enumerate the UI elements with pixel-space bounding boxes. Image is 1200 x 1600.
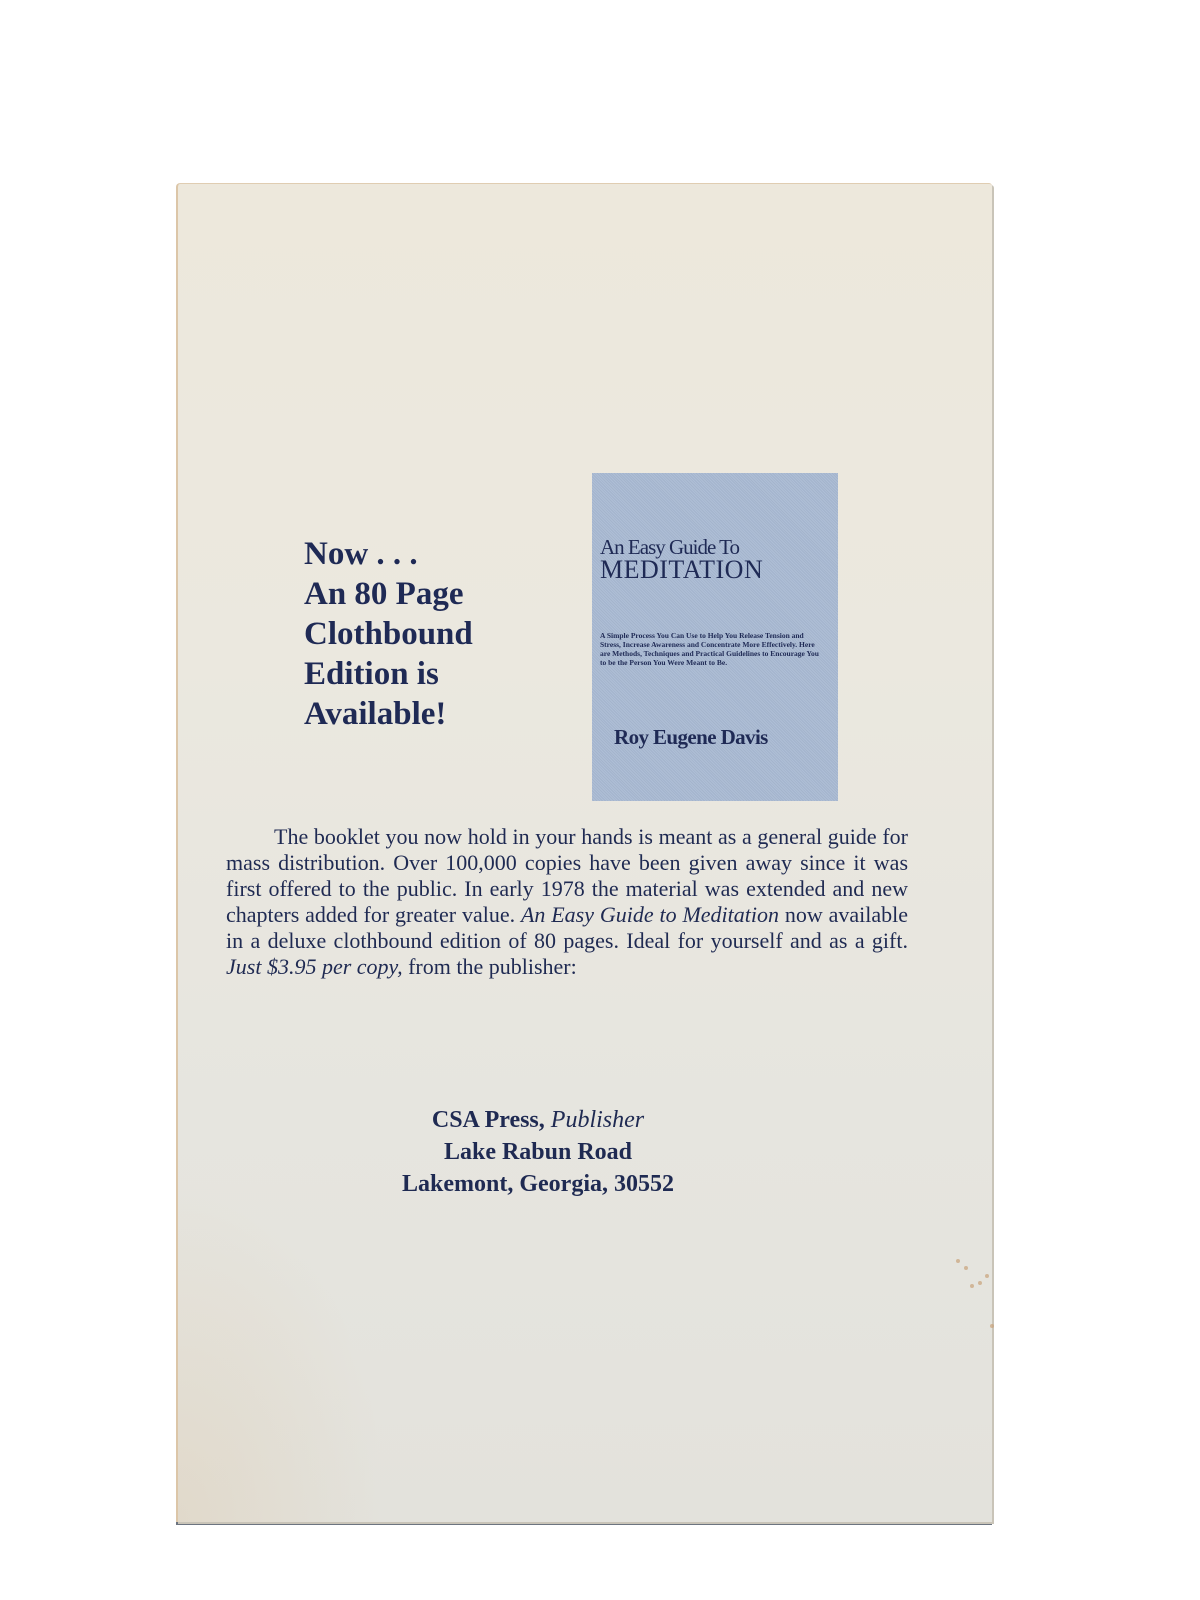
publisher-line: CSA Press, Publisher (178, 1104, 898, 1136)
paragraph-text: from the publisher: (403, 954, 577, 979)
paper-stain (970, 1284, 974, 1288)
book-title-reference: An Easy Guide to Meditation (521, 902, 779, 927)
headline-line: Now . . . (304, 534, 473, 574)
paper-stain (990, 1324, 994, 1328)
booklet-back-page: Now . . . An 80 Page Clothbound Edition … (176, 183, 992, 1522)
paper-stain (985, 1274, 989, 1278)
description-paragraph: The booklet you now hold in your hands i… (226, 824, 908, 980)
city-line: Lakemont, Georgia, 30552 (178, 1168, 898, 1200)
publisher-name: CSA Press, (432, 1107, 545, 1133)
price-text: Just $3.95 per copy, (226, 954, 403, 979)
headline-line: An 80 Page (304, 574, 473, 614)
cover-blurb: A Simple Process You Can Use to Help You… (600, 631, 822, 667)
headline-line: Available! (304, 694, 473, 734)
paper-stain (956, 1259, 960, 1263)
cover-author: Roy Eugene Davis (614, 725, 768, 750)
street-line: Lake Rabun Road (178, 1136, 898, 1168)
headline-line: Clothbound (304, 614, 473, 654)
publisher-address: CSA Press, Publisher Lake Rabun Road Lak… (178, 1104, 898, 1200)
book-cover-image: An Easy Guide To MEDITATION A Simple Pro… (592, 473, 838, 801)
publisher-role: Publisher (551, 1107, 644, 1133)
paper-stain (978, 1281, 982, 1285)
edition-headline: Now . . . An 80 Page Clothbound Edition … (304, 534, 473, 734)
headline-line: Edition is (304, 654, 473, 694)
paper-stain (964, 1266, 968, 1270)
cover-title-main: MEDITATION (600, 555, 763, 585)
